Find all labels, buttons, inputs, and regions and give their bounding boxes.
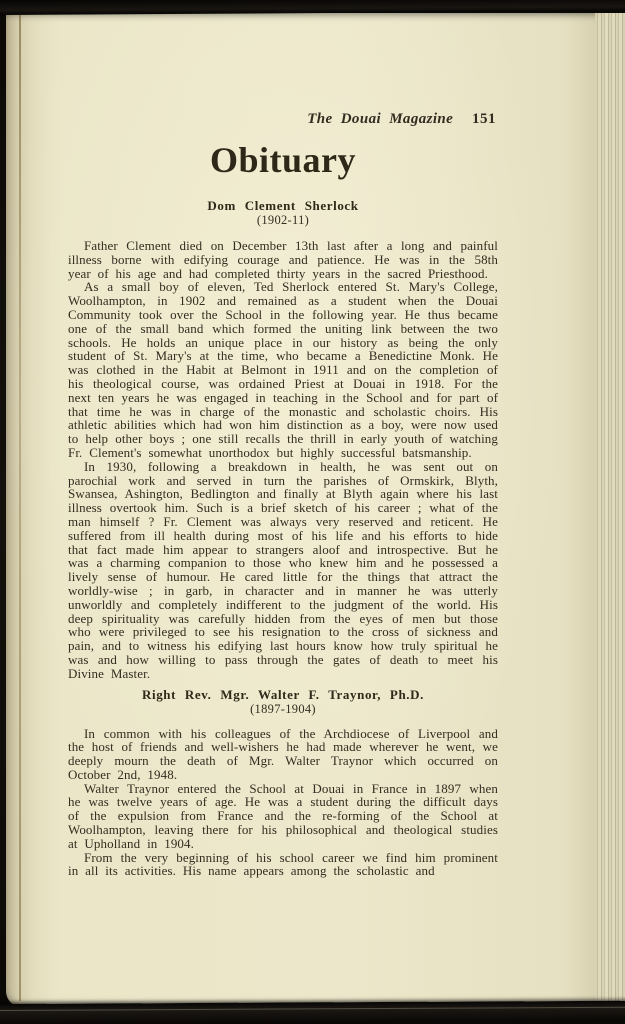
obituary-years-traynor: (1897-1904): [68, 703, 498, 716]
paragraph: From the very beginning of his school ca…: [68, 851, 498, 879]
paragraph: As a small boy of eleven, Ted Sherlock e…: [68, 280, 498, 459]
page-stack-edges: [567, 13, 625, 1007]
book-cover-bottom-edge: [0, 1001, 625, 1024]
page-stack-edge-lines: [595, 13, 625, 1007]
page-number: 151: [472, 111, 496, 127]
scanned-book-photo: The Douai Magazine 151 Obituary Dom Clem…: [0, 0, 625, 1024]
journal-title: The Douai Magazine: [307, 111, 453, 127]
paragraph: Father Clement died on December 13th las…: [68, 239, 498, 280]
paragraph: In 1930, following a breakdown in health…: [68, 460, 498, 681]
cover-edge-highlight: [0, 1007, 625, 1011]
magazine-page: The Douai Magazine 151 Obituary Dom Clem…: [6, 13, 625, 1007]
running-header: The Douai Magazine 151: [68, 13, 498, 128]
obituary-years-sherlock: (1902-11): [68, 214, 498, 227]
paragraph: In common with his colleagues of the Arc…: [68, 727, 498, 782]
page-title: Obituary: [68, 140, 498, 180]
obituary-name-traynor: Right Rev. Mgr. Walter F. Traynor, Ph.D.: [68, 688, 498, 702]
obituary-name-sherlock: Dom Clement Sherlock: [68, 199, 498, 213]
obituary-body-sherlock: Father Clement died on December 13th las…: [68, 239, 498, 681]
binding-gutter-shadow: [6, 13, 52, 1007]
paragraph: Walter Traynor entered the School at Dou…: [68, 782, 498, 851]
binding-crease-line: [19, 13, 21, 1001]
page-content: The Douai Magazine 151 Obituary Dom Clem…: [68, 13, 498, 878]
obituary-body-traynor: In common with his colleagues of the Arc…: [68, 727, 498, 879]
